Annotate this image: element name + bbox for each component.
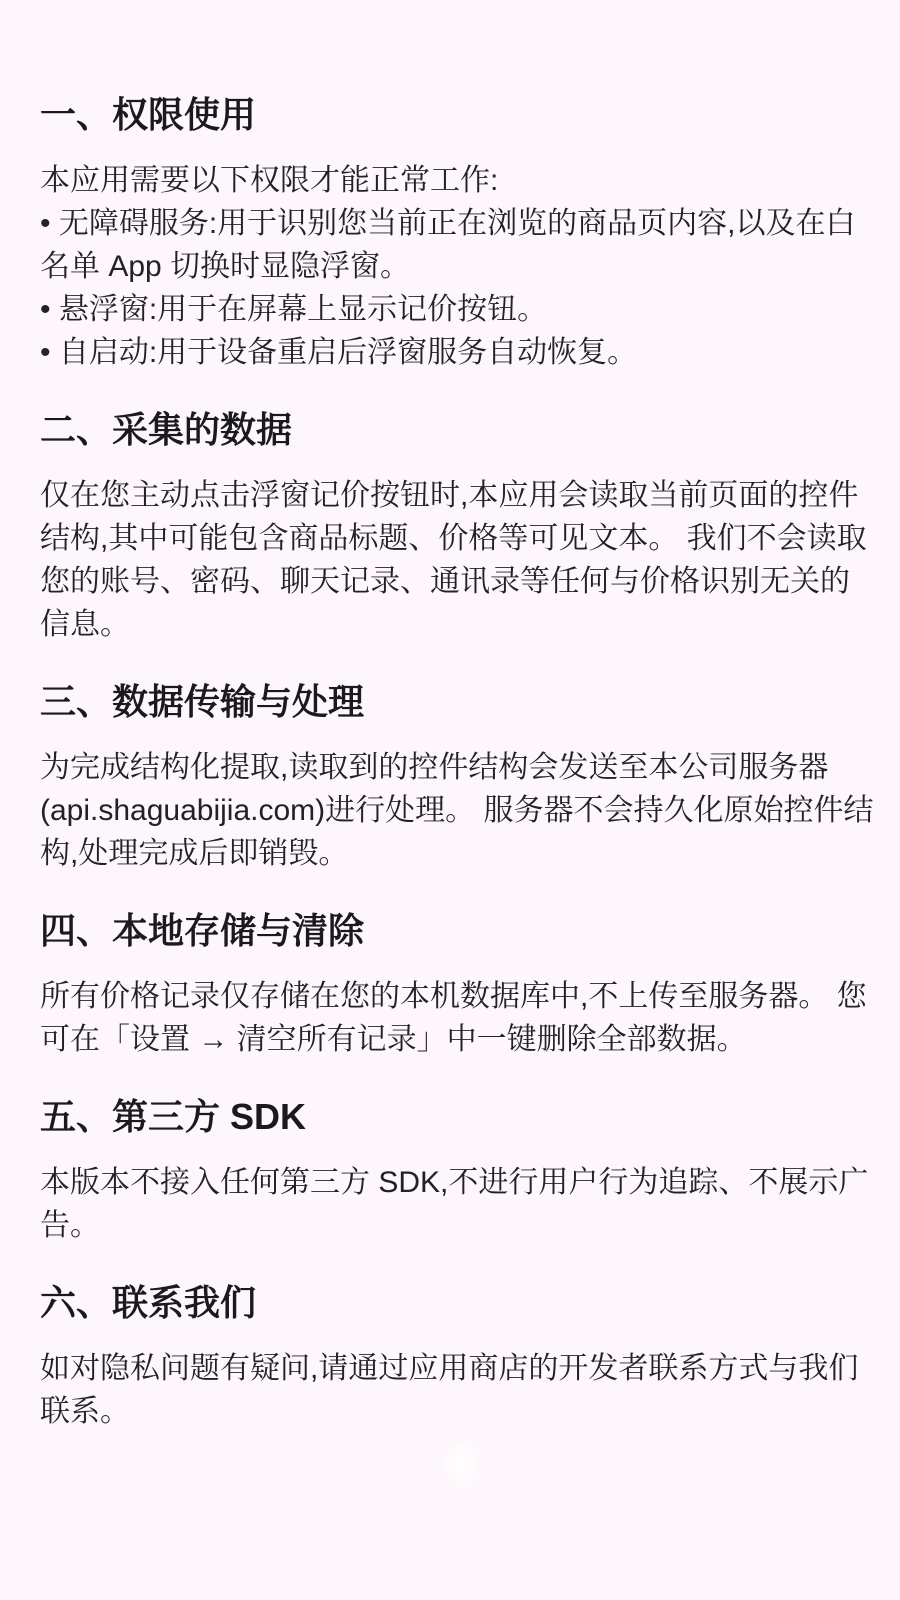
body-line: 信息。 — [40, 603, 860, 646]
section-heading: 一、权限使用 — [40, 93, 860, 137]
policy-section: 一、权限使用 本应用需要以下权限才能正常工作:• 无障碍服务:用于识别您当前正在… — [40, 93, 860, 374]
body-line: 本版本不接入任何第三方 SDK,不进行用户行为追踪、不展示广 — [40, 1161, 860, 1204]
body-line: 仅在您主动点击浮窗记价按钮时,本应用会读取当前页面的控件 — [40, 474, 860, 517]
body-line: 本应用需要以下权限才能正常工作: — [40, 159, 860, 202]
body-line: • 自启动:用于设备重启后浮窗服务自动恢复。 — [40, 331, 860, 374]
section-heading: 五、第三方 SDK — [40, 1095, 860, 1139]
body-line: 如对隐私问题有疑问,请通过应用商店的开发者联系方式与我们 — [40, 1347, 860, 1390]
section-body: 为完成结构化提取,读取到的控件结构会发送至本公司服务器(api.shaguabi… — [40, 746, 860, 875]
policy-content: 一、权限使用 本应用需要以下权限才能正常工作:• 无障碍服务:用于识别您当前正在… — [40, 93, 860, 1433]
body-line: 结构,其中可能包含商品标题、价格等可见文本。 我们不会读取 — [40, 517, 860, 560]
section-heading: 四、本地存储与清除 — [40, 909, 860, 953]
body-line: 告。 — [40, 1204, 860, 1247]
body-line: 联系。 — [40, 1390, 860, 1433]
body-line: 所有价格记录仅存储在您的本机数据库中,不上传至服务器。 您 — [40, 975, 860, 1018]
policy-section: 二、采集的数据 仅在您主动点击浮窗记价按钮时,本应用会读取当前页面的控件结构,其… — [40, 408, 860, 646]
section-body: 本版本不接入任何第三方 SDK,不进行用户行为追踪、不展示广告。 — [40, 1161, 860, 1247]
body-line: • 无障碍服务:用于识别您当前正在浏览的商品页内容,以及在白 — [40, 202, 860, 245]
watermark-spot — [438, 1438, 484, 1490]
policy-section: 六、联系我们 如对隐私问题有疑问,请通过应用商店的开发者联系方式与我们联系。 — [40, 1281, 860, 1433]
section-heading: 二、采集的数据 — [40, 408, 860, 452]
body-line: 您的账号、密码、聊天记录、通讯录等任何与价格识别无关的 — [40, 560, 860, 603]
section-body: 所有价格记录仅存储在您的本机数据库中,不上传至服务器。 您可在「设置 → 清空所… — [40, 975, 860, 1061]
body-line: 名单 App 切换时显隐浮窗。 — [40, 245, 860, 288]
body-line: 为完成结构化提取,读取到的控件结构会发送至本公司服务器 — [40, 746, 860, 789]
section-body: 本应用需要以下权限才能正常工作:• 无障碍服务:用于识别您当前正在浏览的商品页内… — [40, 159, 860, 374]
section-heading: 三、数据传输与处理 — [40, 680, 860, 724]
body-line: 构,处理完成后即销毁。 — [40, 832, 860, 875]
body-line: (api.shaguabijia.com)进行处理。 服务器不会持久化原始控件结 — [40, 789, 860, 832]
policy-section: 三、数据传输与处理 为完成结构化提取,读取到的控件结构会发送至本公司服务器(ap… — [40, 680, 860, 875]
section-body: 如对隐私问题有疑问,请通过应用商店的开发者联系方式与我们联系。 — [40, 1347, 860, 1433]
privacy-policy-page: 一、权限使用 本应用需要以下权限才能正常工作:• 无障碍服务:用于识别您当前正在… — [0, 0, 900, 1600]
policy-section: 五、第三方 SDK 本版本不接入任何第三方 SDK,不进行用户行为追踪、不展示广… — [40, 1095, 860, 1247]
body-line: • 悬浮窗:用于在屏幕上显示记价按钮。 — [40, 288, 860, 331]
section-heading: 六、联系我们 — [40, 1281, 860, 1325]
body-line: 可在「设置 → 清空所有记录」中一键删除全部数据。 — [40, 1018, 860, 1061]
section-body: 仅在您主动点击浮窗记价按钮时,本应用会读取当前页面的控件结构,其中可能包含商品标… — [40, 474, 860, 646]
policy-section: 四、本地存储与清除 所有价格记录仅存储在您的本机数据库中,不上传至服务器。 您可… — [40, 909, 860, 1061]
